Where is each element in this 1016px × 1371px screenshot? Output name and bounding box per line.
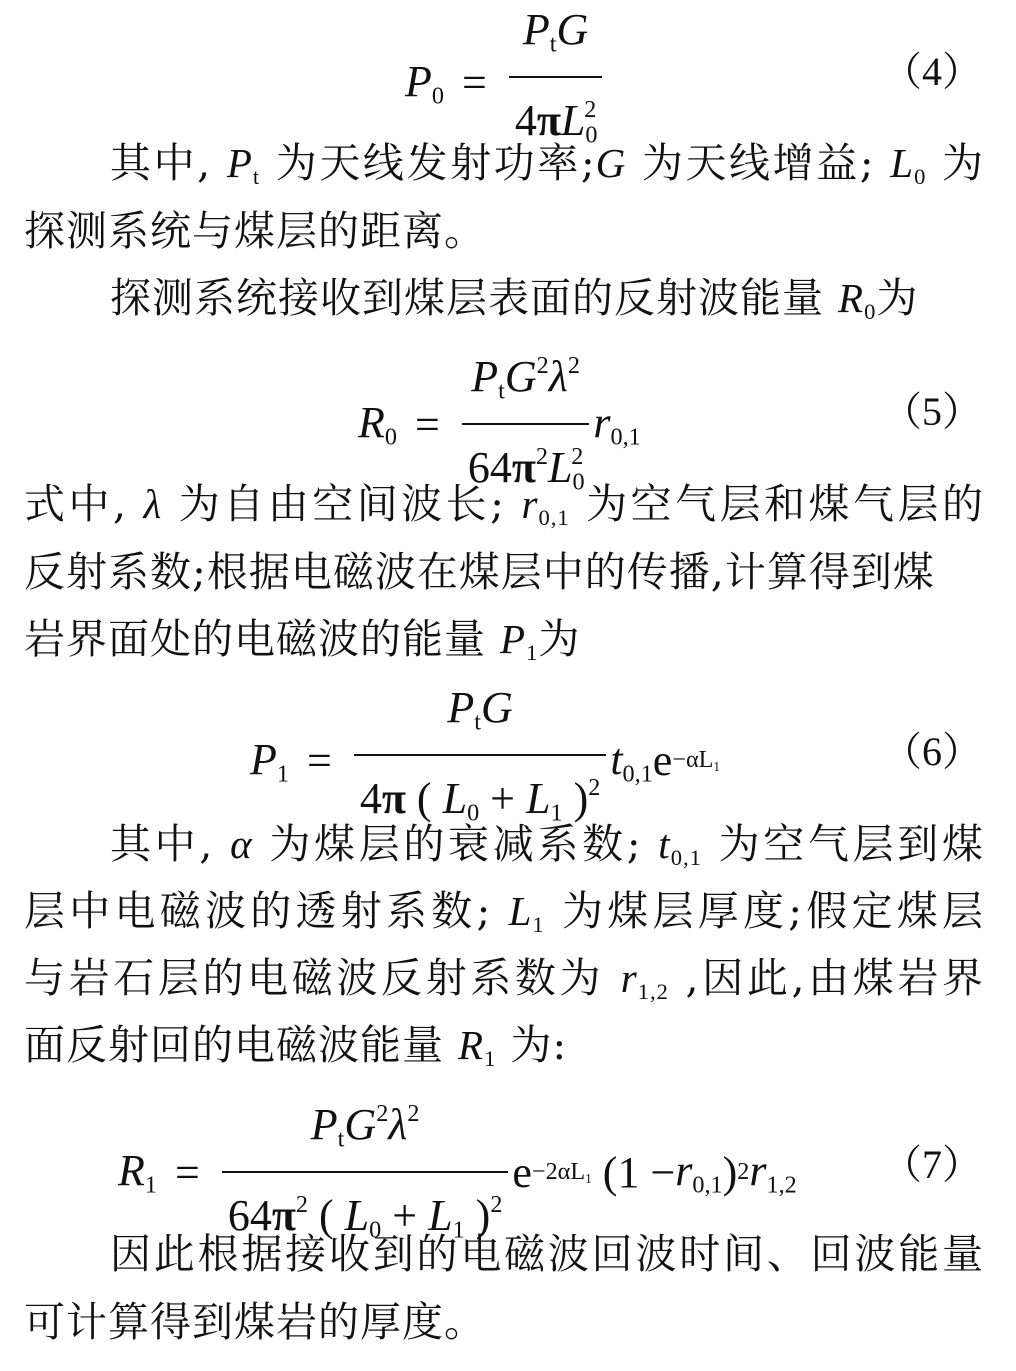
paragraph-4-line-1: 其中, α 为煤层的衰减系数; t0,1 为空气层到煤 bbox=[110, 818, 984, 884]
equation-number-5: （5） bbox=[882, 380, 982, 437]
equation-number-7: （7） bbox=[882, 1133, 982, 1190]
paragraph-3-line-3: 岩界面处的电磁波的能量 P1为 bbox=[24, 613, 984, 679]
paragraph-5-line-1: 因此根据接收到的电磁波回波时间、回波能量 bbox=[110, 1228, 984, 1280]
paragraph-1-line-1: 其中, Pt 为天线发射功率;G 为天线增益; L0 为 bbox=[110, 137, 984, 203]
paragraph-2-line-1: 探测系统接收到煤层表面的反射波能量 R0为 bbox=[110, 272, 984, 338]
paragraph-3-line-2: 反射系数;根据电磁波在煤层中的传播,计算得到煤 bbox=[24, 546, 984, 598]
equation-number-4: （4） bbox=[882, 40, 982, 97]
paragraph-4-line-3: 与岩石层的电磁波反射系数为 r1,2 ,因此,由煤岩界 bbox=[24, 952, 984, 1018]
paragraph-4-line-2: 层中电磁波的透射系数; L1 为煤层厚度;假定煤层 bbox=[24, 885, 984, 951]
equation-number-6: （6） bbox=[882, 720, 982, 777]
paragraph-1-line-2: 探测系统与煤层的距离。 bbox=[24, 205, 984, 257]
paragraph-4-line-4: 面反射回的电磁波能量 R1 为: bbox=[24, 1019, 984, 1085]
paragraph-3-line-1: 式中, λ 为自由空间波长; r0,1 为空气层和煤气层的 bbox=[24, 478, 984, 544]
eq4-lhs: P0 bbox=[405, 56, 444, 110]
paragraph-5-line-2: 可计算得到煤岩的厚度。 bbox=[24, 1296, 984, 1348]
equals-sign: = bbox=[462, 57, 487, 108]
